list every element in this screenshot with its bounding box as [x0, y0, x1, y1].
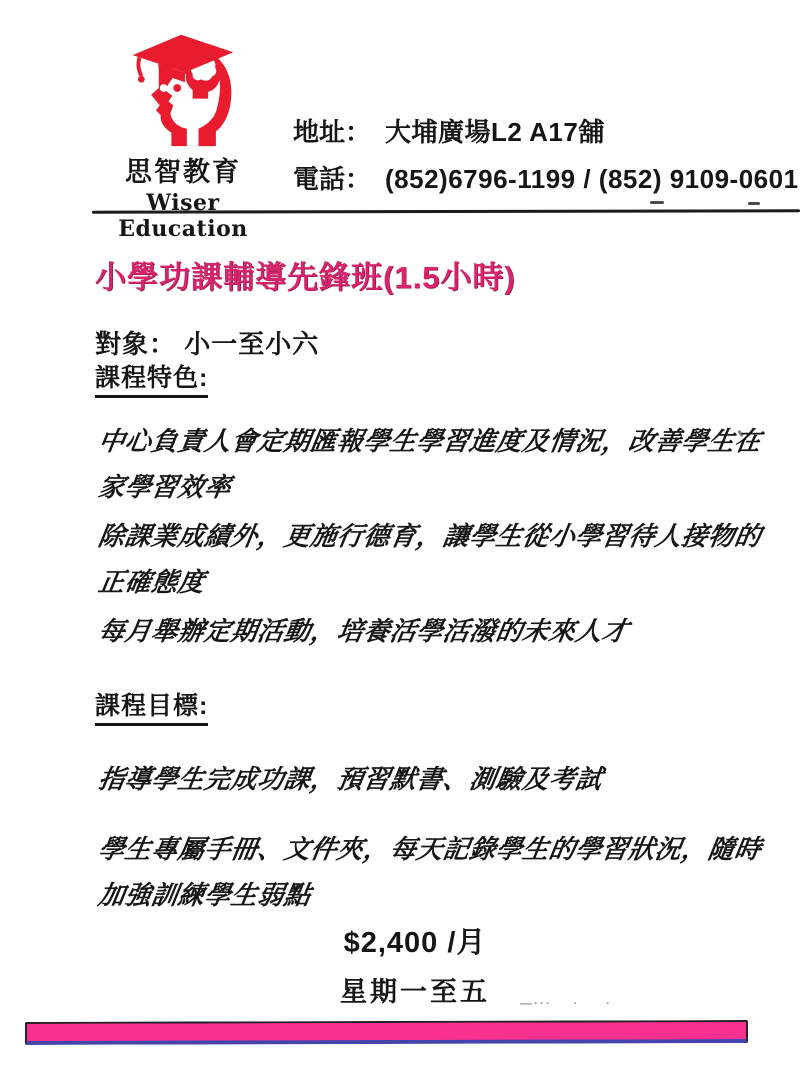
- scan-artifact: [748, 202, 760, 205]
- price-text: $2,400 /月: [0, 920, 800, 961]
- audience-line: 對象： 小一至小六: [95, 324, 319, 361]
- paragraph-line: 中心負責人會定期匯報學生學習進度及情況，改善學生在: [95, 418, 765, 464]
- header-divider: [92, 209, 800, 213]
- paragraph-line: 學生專屬手冊、文件夾，每天記錄學生的學習狀況，隨時: [95, 826, 765, 872]
- schedule-text: 星期一至五: [0, 970, 800, 1009]
- phone-label: 電話：: [293, 159, 371, 196]
- features-heading: 課程特色:: [95, 358, 208, 398]
- paragraph-line: 正確態度: [95, 559, 765, 605]
- phone-value: (852)6796-1199 / (852) 9109-0601: [385, 164, 799, 195]
- paragraph-line: 家學習效率: [95, 464, 765, 510]
- feature-paragraph: 除課業成績外，更施行德育，讓學生從小學習待人接物的 正確態度: [95, 513, 758, 605]
- feature-paragraph: 中心負責人會定期匯報學生學習進度及情況，改善學生在 家學習效率: [95, 418, 758, 510]
- price-block: $2,400 /月 星期一至五: [0, 920, 800, 1009]
- address-label: 地址：: [293, 112, 371, 149]
- contact-block: 地址： 大埔廣場L2 A17舖 電話： (852)6796-1199 / (85…: [293, 112, 799, 206]
- address-row: 地址： 大埔廣場L2 A17舖: [293, 112, 799, 146]
- footer-accent-bar: [25, 1020, 748, 1045]
- goal-paragraph: 指導學生完成功課，預習默書、測驗及考試: [95, 756, 599, 802]
- paragraph-line: 每月舉辦定期活動，培養活學活潑的未來人才: [95, 608, 632, 654]
- paragraph-line: 加強訓練學生弱點: [95, 872, 765, 918]
- paragraph-line: 指導學生完成功課，預習默書、測驗及考試: [95, 756, 606, 802]
- scan-artifact: [650, 201, 664, 204]
- brand-name-english: Wiser Education: [88, 190, 278, 242]
- goals-heading: 課程目標:: [95, 686, 208, 726]
- feature-paragraph: 每月舉辦定期活動，培養活學活潑的未來人才: [95, 608, 625, 654]
- address-value: 大埔廣場L2 A17舖: [385, 112, 605, 149]
- scan-artifact: —··· · ·: [520, 996, 612, 1010]
- course-title: 小學功課輔導先鋒班(1.5小時): [95, 252, 516, 297]
- paragraph-line: 除課業成績外，更施行德育，讓學生從小學習待人接物的: [95, 513, 765, 559]
- phone-row: 電話： (852)6796-1199 / (852) 9109-0601: [293, 159, 799, 193]
- wiser-education-logo-icon: [127, 28, 239, 148]
- goal-paragraph: 學生專屬手冊、文件夾，每天記錄學生的學習狀況，隨時 加強訓練學生弱點: [95, 826, 758, 918]
- brand-name-chinese: 思智教育: [88, 150, 278, 189]
